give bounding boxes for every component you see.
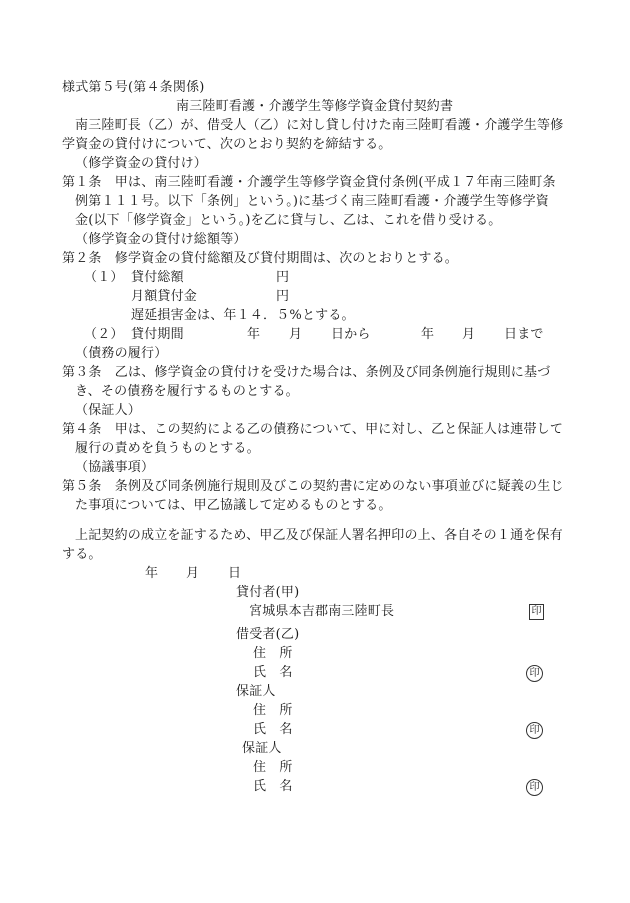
- guarantor-2-label: 保証人: [242, 740, 282, 758]
- monthly-unit: 円: [276, 288, 289, 306]
- period-month-2: 月: [462, 326, 475, 344]
- circle-seal-icon: 印: [526, 665, 543, 682]
- article-heading: （保証人）: [75, 402, 141, 420]
- closing-line: 上記契約の成立を証するため、甲乙及び保証人署名押印の上、各自その１通を保有: [75, 527, 563, 545]
- total-label: 貸付総額: [131, 269, 184, 287]
- borrower-address-label: 住 所: [253, 645, 293, 663]
- article-4-line: 第４条 甲は、この契約による乙の債務について、甲に対し、乙と保証人は連帯して: [62, 421, 563, 439]
- item-2-label: （２）: [84, 326, 124, 344]
- article-heading: （修学資金の貸付け）: [75, 155, 207, 173]
- guarantor-2-name-label: 氏 名: [253, 778, 293, 796]
- guarantor-1-address-label: 住 所: [253, 702, 293, 720]
- circle-seal-icon: 印: [526, 722, 543, 739]
- article-heading: （協議事項）: [75, 459, 154, 477]
- article-1-line: 第１条 甲は、南三陸町看護・介護学生等修学資金貸付条例(平成１７年南三陸町条: [62, 174, 556, 192]
- form-number: 様式第５号(第４条関係): [62, 79, 205, 97]
- guarantor-2-address-label: 住 所: [253, 759, 293, 777]
- article-5-line: 第５条 条例及び同条例施行規則及びこの契約書に定めのない事項並びに疑義の生じ: [62, 478, 564, 496]
- article-3-line: き、その債務を履行するものとする。: [75, 383, 299, 401]
- square-seal-icon: 印: [529, 604, 544, 620]
- document-title: 南三陸町看護・介護学生等修学資金貸付契約書: [176, 98, 453, 116]
- article-3-line: 第３条 乙は、修学資金の貸付けを受けた場合は、条例及び同条例施行規則に基づ: [62, 364, 550, 382]
- date-day: 日: [228, 565, 241, 583]
- total-unit: 円: [276, 269, 289, 287]
- article-5-line: た事項については、甲乙協議して定めるものとする。: [75, 497, 392, 515]
- period-month-1: 月: [289, 326, 302, 344]
- article-1-line: 例第１１１号。以下「条例」という。)に基づく南三陸町看護・介護学生等修学資: [75, 193, 549, 211]
- period-from: 日から: [331, 326, 371, 344]
- late-fee-text: 遅延損害金は、年１４．５%とする。: [131, 307, 355, 325]
- preamble-line: 学資金の貸付けについて、次のとおり契約を締結する。: [62, 136, 391, 154]
- period-year-1: 年: [247, 326, 260, 344]
- period-to: 日まで: [504, 326, 544, 344]
- borrower-name-label: 氏 名: [253, 664, 293, 682]
- item-1-label: （１）: [84, 269, 124, 287]
- closing-line: する。: [62, 546, 102, 564]
- article-1-line: 金(以下「修学資金」という。)を乙に貸与し、乙は、これを借り受ける。: [75, 212, 501, 230]
- lender-name: 宮城県本吉郡南三陸町長: [249, 603, 394, 621]
- article-4-line: 履行の責めを負うものとする。: [75, 440, 260, 458]
- date-year: 年: [145, 565, 158, 583]
- period-year-2: 年: [421, 326, 434, 344]
- article-heading: （債務の履行）: [75, 345, 167, 363]
- period-label: 貸付期間: [131, 326, 184, 344]
- article-heading: （修学資金の貸付け総額等）: [75, 231, 247, 249]
- borrower-label: 借受者(乙): [236, 626, 299, 644]
- guarantor-1-name-label: 氏 名: [253, 721, 293, 739]
- date-month: 月: [186, 565, 199, 583]
- guarantor-1-label: 保証人: [236, 683, 276, 701]
- lender-label: 貸付者(甲): [236, 584, 299, 602]
- monthly-label: 月額貸付金: [131, 288, 197, 306]
- preamble-line: 南三陸町長（乙）が、借受人（乙）に対し貸し付けた南三陸町看護・介護学生等修: [75, 117, 563, 135]
- article-2-line: 第２条 修学資金の貸付総額及び貸付期間は、次のとおりとする。: [62, 250, 458, 268]
- circle-seal-icon: 印: [526, 779, 543, 796]
